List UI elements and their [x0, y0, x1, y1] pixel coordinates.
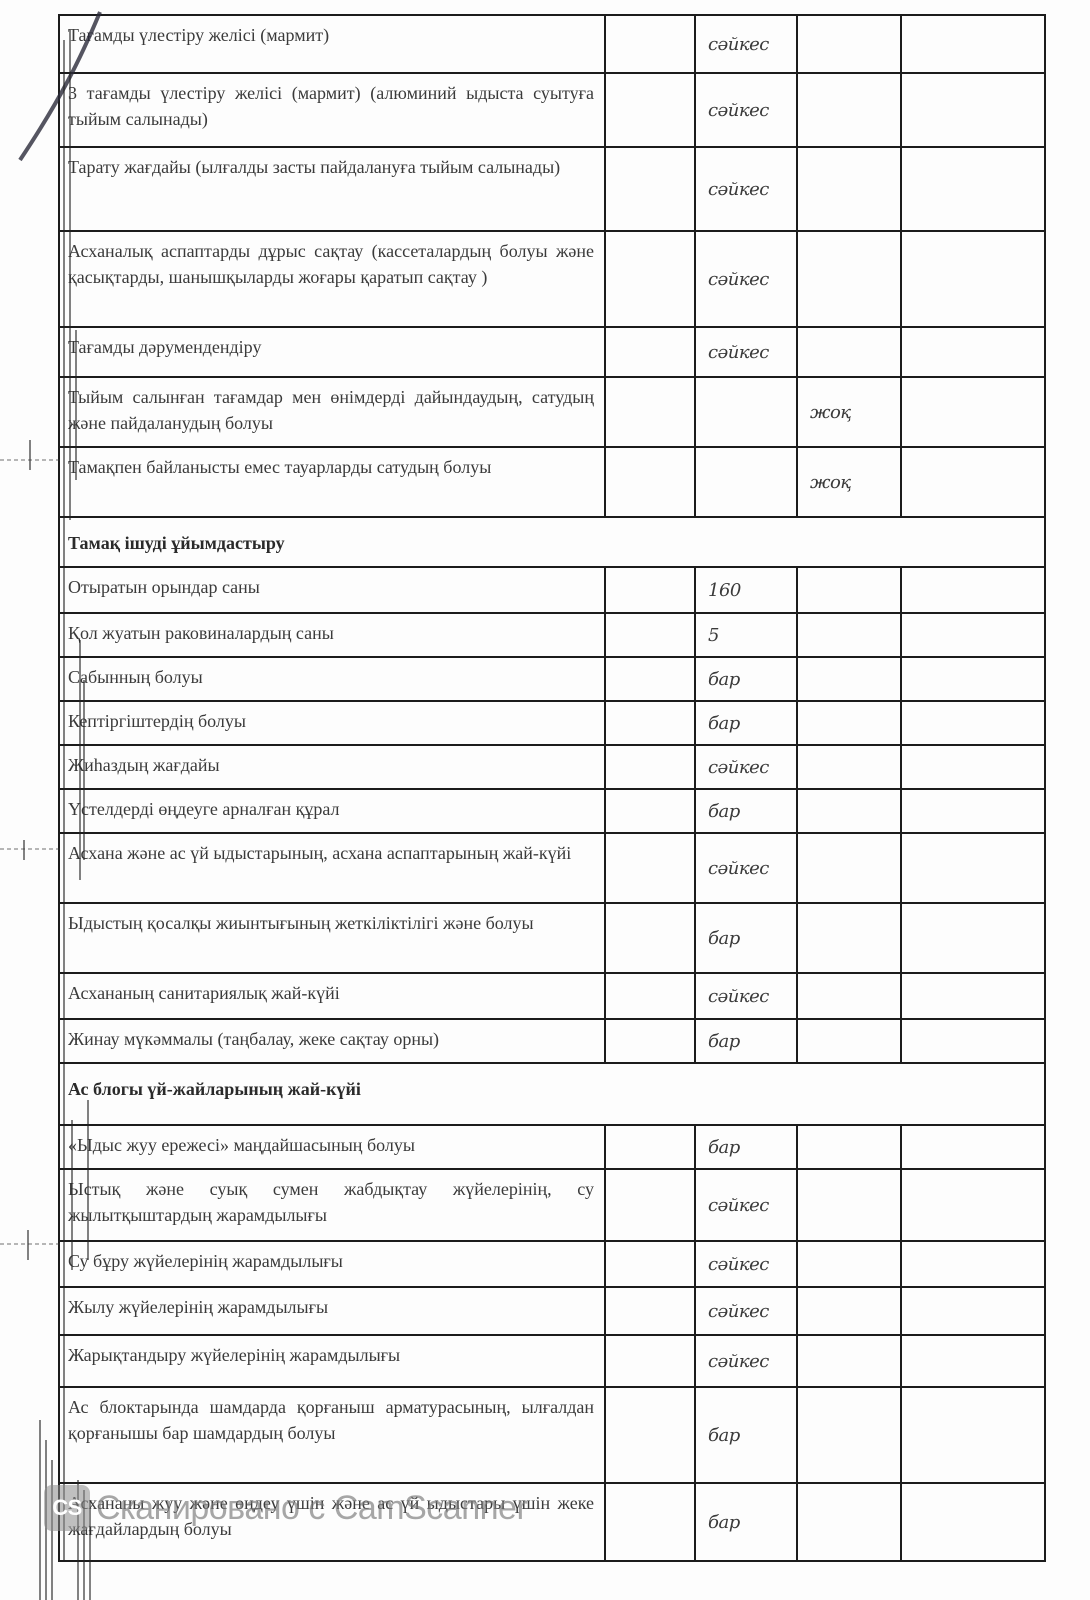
handwritten-result-cell: бар — [695, 1387, 797, 1483]
handwritten-note-cell — [797, 1169, 901, 1241]
requirement-label: Жиһаздың жағдайы — [59, 745, 605, 789]
requirement-label: Ыстық және суық сумен жабдықтау жүйелері… — [59, 1169, 605, 1241]
blank-cell — [901, 973, 1045, 1019]
blank-cell — [901, 1483, 1045, 1561]
checklist-row: Сабынның болуыбар — [59, 657, 1045, 701]
handwritten-result-cell: сәйкес — [695, 1241, 797, 1287]
requirement-label: Тамақпен байланысты емес тауарларды сату… — [59, 447, 605, 517]
blank-cell — [901, 1241, 1045, 1287]
handwritten-result-cell: сәйкес — [695, 73, 797, 147]
handwritten-result-cell: сәйкес — [695, 15, 797, 73]
blank-cell — [605, 1241, 695, 1287]
requirement-label: Жылу жүйелерінің жарамдылығы — [59, 1287, 605, 1335]
blank-cell — [901, 745, 1045, 789]
requirement-label: Асхананың санитариялық жай-күйі — [59, 973, 605, 1019]
scanned-page: Тағамды үлестіру желісі (мармит)сәйкес3 … — [0, 0, 1090, 1600]
blank-cell — [901, 567, 1045, 613]
handwritten-result-cell — [695, 447, 797, 517]
handwritten-result-cell: бар — [695, 657, 797, 701]
handwritten-note-cell — [797, 745, 901, 789]
requirement-label: Тағамды дәрумендендіру — [59, 327, 605, 377]
blank-cell — [605, 701, 695, 745]
blank-cell — [605, 327, 695, 377]
handwritten-note-cell — [797, 327, 901, 377]
checklist-row: «Ыдыс жуу ережесі» маңдайшасының болуыба… — [59, 1125, 1045, 1169]
blank-cell — [901, 657, 1045, 701]
watermark-text: Сканировано с CamScanner — [96, 1489, 527, 1528]
blank-cell — [605, 377, 695, 447]
handwritten-note-cell — [797, 973, 901, 1019]
blank-cell — [605, 73, 695, 147]
requirement-label: «Ыдыс жуу ережесі» маңдайшасының болуы — [59, 1125, 605, 1169]
handwritten-note-cell: жоқ — [797, 447, 901, 517]
camscanner-logo-icon: CS — [44, 1485, 90, 1531]
blank-cell — [605, 613, 695, 657]
handwritten-result-cell: 5 — [695, 613, 797, 657]
blank-cell — [901, 833, 1045, 903]
handwritten-result-cell: 160 — [695, 567, 797, 613]
handwritten-note-cell — [797, 1241, 901, 1287]
checklist-row: Тарату жағдайы (ылғалды засты пайдалануғ… — [59, 147, 1045, 231]
handwritten-note-cell — [797, 567, 901, 613]
checklist-row: Кептіргіштердің болуыбар — [59, 701, 1045, 745]
blank-cell — [901, 15, 1045, 73]
handwritten-result-cell: сәйкес — [695, 231, 797, 327]
camscanner-watermark: CS Сканировано с CamScanner — [44, 1485, 527, 1531]
blank-cell — [901, 377, 1045, 447]
handwritten-result-cell: бар — [695, 1019, 797, 1063]
blank-cell — [605, 1019, 695, 1063]
handwritten-result-cell: бар — [695, 1125, 797, 1169]
checklist-row: Жинау мүкәммалы (таңбалау, жеке сақтау о… — [59, 1019, 1045, 1063]
requirement-label: Ыдыстың қосалқы жиынтығының жеткіліктілі… — [59, 903, 605, 973]
checklist-row: 3 тағамды үлестіру желісі (мармит) (алюм… — [59, 73, 1045, 147]
blank-cell — [901, 613, 1045, 657]
requirement-label: Ас блоктарында шамдарда қорғаныш арматур… — [59, 1387, 605, 1483]
checklist-row: Жиһаздың жағдайысәйкес — [59, 745, 1045, 789]
requirement-label: Тарату жағдайы (ылғалды засты пайдалануғ… — [59, 147, 605, 231]
requirement-label: Тыйым салынған тағамдар мен өнімдерді да… — [59, 377, 605, 447]
handwritten-note-cell — [797, 903, 901, 973]
blank-cell — [605, 15, 695, 73]
handwritten-note-cell — [797, 1019, 901, 1063]
checklist-row: Асхананың санитариялық жай-күйісәйкес — [59, 973, 1045, 1019]
section-header-row: Тамақ ішуді ұйымдастыру — [59, 517, 1045, 567]
blank-cell — [605, 447, 695, 517]
handwritten-result-cell: сәйкес — [695, 1287, 797, 1335]
handwritten-note-cell — [797, 1387, 901, 1483]
blank-cell — [901, 789, 1045, 833]
handwritten-result-cell: бар — [695, 903, 797, 973]
blank-cell — [605, 1287, 695, 1335]
requirement-label: Су бұру жүйелерінің жарамдылығы — [59, 1241, 605, 1287]
blank-cell — [901, 701, 1045, 745]
blank-cell — [605, 231, 695, 327]
handwritten-note-cell — [797, 15, 901, 73]
checklist-row: Тамақпен байланысты емес тауарларды сату… — [59, 447, 1045, 517]
requirement-label: Үстелдерді өңдеуге арналған құрал — [59, 789, 605, 833]
section-title: Ас блогы үй-жайларының жай-күйі — [59, 1063, 1045, 1125]
blank-cell — [901, 903, 1045, 973]
requirement-label: Жинау мүкәммалы (таңбалау, жеке сақтау о… — [59, 1019, 605, 1063]
handwritten-result-cell: сәйкес — [695, 745, 797, 789]
requirement-label: Тағамды үлестіру желісі (мармит) — [59, 15, 605, 73]
requirement-label: Асханалық аспаптарды дұрыс сақтау (кассе… — [59, 231, 605, 327]
requirement-label: 3 тағамды үлестіру желісі (мармит) (алюм… — [59, 73, 605, 147]
blank-cell — [901, 1387, 1045, 1483]
handwritten-note-cell: жоқ — [797, 377, 901, 447]
blank-cell — [901, 147, 1045, 231]
handwritten-result-cell: сәйкес — [695, 1335, 797, 1387]
handwritten-note-cell — [797, 701, 901, 745]
checklist-row: Асхана және ас үй ыдыстарының, асхана ас… — [59, 833, 1045, 903]
blank-cell — [901, 1125, 1045, 1169]
section-title: Тамақ ішуді ұйымдастыру — [59, 517, 1045, 567]
blank-cell — [901, 1169, 1045, 1241]
blank-cell — [901, 447, 1045, 517]
handwritten-note-cell — [797, 789, 901, 833]
checklist-row: Жарықтандыру жүйелерінің жарамдылығысәйк… — [59, 1335, 1045, 1387]
blank-cell — [901, 1019, 1045, 1063]
checklist-row: Ас блоктарында шамдарда қорғаныш арматур… — [59, 1387, 1045, 1483]
handwritten-note-cell — [797, 833, 901, 903]
handwritten-result-cell: сәйкес — [695, 973, 797, 1019]
checklist-row: Отыратын орындар саны160 — [59, 567, 1045, 613]
checklist-row: Тағамды үлестіру желісі (мармит)сәйкес — [59, 15, 1045, 73]
handwritten-result-cell — [695, 377, 797, 447]
blank-cell — [605, 1169, 695, 1241]
blank-cell — [901, 1335, 1045, 1387]
blank-cell — [901, 327, 1045, 377]
checklist-row: Қол жуатын раковиналардың саны5 — [59, 613, 1045, 657]
blank-cell — [605, 1483, 695, 1561]
handwritten-result-cell: сәйкес — [695, 147, 797, 231]
handwritten-note-cell — [797, 1483, 901, 1561]
requirement-label: Қол жуатын раковиналардың саны — [59, 613, 605, 657]
checklist-row: Үстелдерді өңдеуге арналған құралбар — [59, 789, 1045, 833]
inspection-checklist-table: Тағамды үлестіру желісі (мармит)сәйкес3 … — [58, 14, 1046, 1562]
handwritten-note-cell — [797, 1335, 901, 1387]
handwritten-note-cell — [797, 231, 901, 327]
blank-cell — [605, 1387, 695, 1483]
blank-cell — [605, 789, 695, 833]
handwritten-result-cell: бар — [695, 1483, 797, 1561]
blank-cell — [605, 657, 695, 701]
handwritten-result-cell: сәйкес — [695, 327, 797, 377]
handwritten-note-cell — [797, 147, 901, 231]
blank-cell — [605, 1335, 695, 1387]
requirement-label: Кептіргіштердің болуы — [59, 701, 605, 745]
blank-cell — [605, 833, 695, 903]
requirement-label: Отыратын орындар саны — [59, 567, 605, 613]
requirement-label: Жарықтандыру жүйелерінің жарамдылығы — [59, 1335, 605, 1387]
blank-cell — [901, 73, 1045, 147]
checklist-row: Тыйым салынған тағамдар мен өнімдерді да… — [59, 377, 1045, 447]
handwritten-result-cell: бар — [695, 701, 797, 745]
handwritten-note-cell — [797, 657, 901, 701]
requirement-label: Асхана және ас үй ыдыстарының, асхана ас… — [59, 833, 605, 903]
checklist-row: Ыстық және суық сумен жабдықтау жүйелері… — [59, 1169, 1045, 1241]
checklist-row: Тағамды дәрумендендірусәйкес — [59, 327, 1045, 377]
blank-cell — [605, 903, 695, 973]
checklist-row: Ыдыстың қосалқы жиынтығының жеткіліктілі… — [59, 903, 1045, 973]
requirement-label: Сабынның болуы — [59, 657, 605, 701]
handwritten-note-cell — [797, 1287, 901, 1335]
blank-cell — [605, 745, 695, 789]
handwritten-result-cell: сәйкес — [695, 833, 797, 903]
checklist-row: Асханалық аспаптарды дұрыс сақтау (кассе… — [59, 231, 1045, 327]
handwritten-note-cell — [797, 73, 901, 147]
section-header-row: Ас блогы үй-жайларының жай-күйі — [59, 1063, 1045, 1125]
handwritten-result-cell: сәйкес — [695, 1169, 797, 1241]
blank-cell — [901, 1287, 1045, 1335]
checklist-row: Су бұру жүйелерінің жарамдылығысәйкес — [59, 1241, 1045, 1287]
blank-cell — [605, 567, 695, 613]
blank-cell — [901, 231, 1045, 327]
blank-cell — [605, 147, 695, 231]
handwritten-note-cell — [797, 613, 901, 657]
handwritten-note-cell — [797, 1125, 901, 1169]
handwritten-result-cell: бар — [695, 789, 797, 833]
checklist-row: Жылу жүйелерінің жарамдылығысәйкес — [59, 1287, 1045, 1335]
blank-cell — [605, 1125, 695, 1169]
blank-cell — [605, 973, 695, 1019]
